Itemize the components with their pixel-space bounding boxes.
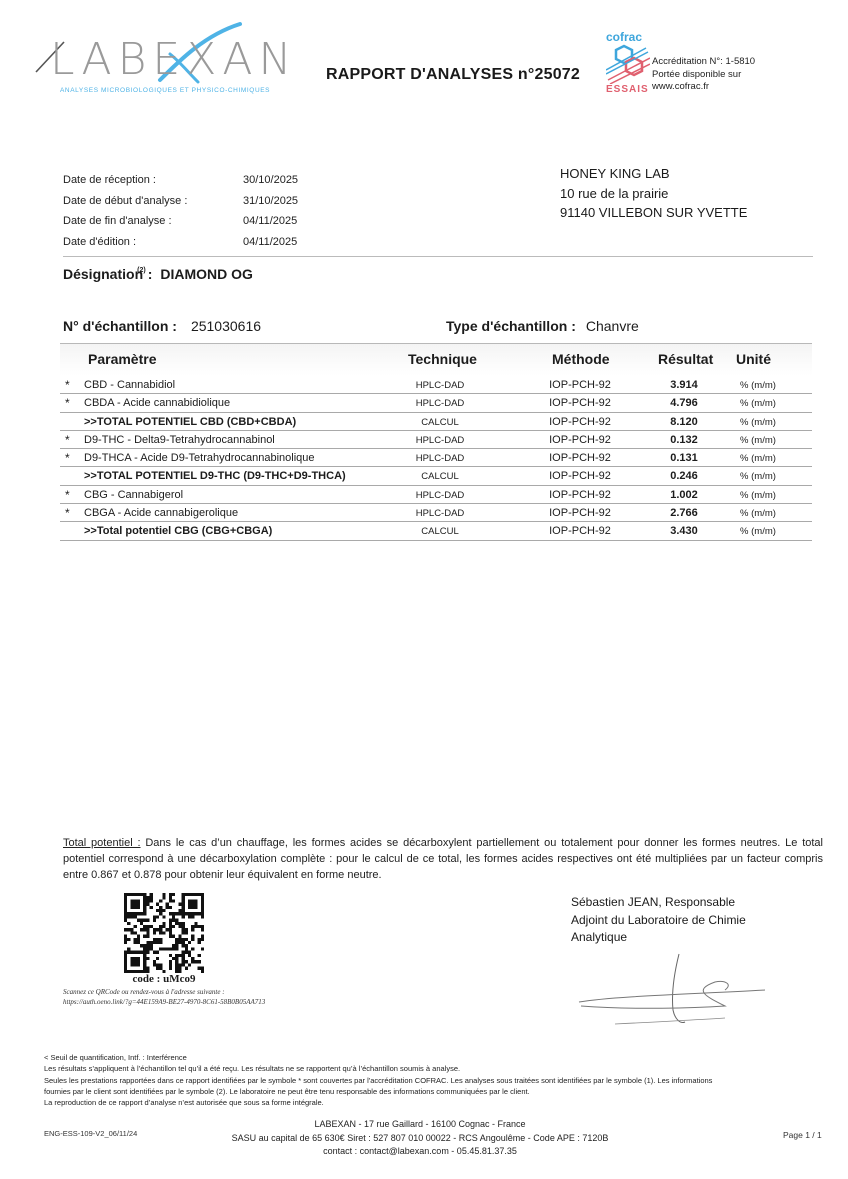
- cell-technique: CALCUL: [390, 417, 490, 428]
- cell-unit: % (m/m): [730, 471, 786, 482]
- qr-instruction-text: Scannez ce QRCode ou rendez-vous à l'adr…: [63, 987, 265, 997]
- cofrac-logo: cofrac ESSAIS: [606, 30, 650, 96]
- disclaimer-line: fournies par le client sont identifiées …: [44, 1086, 712, 1097]
- hexagon-molecule-icon: [606, 44, 650, 84]
- labexan-logo: LABEXAN Analyses microbiologiques et phy…: [30, 20, 280, 100]
- cell-unit: % (m/m): [730, 398, 786, 409]
- report-title: RAPPORT D'ANALYSES n°25072: [326, 66, 580, 84]
- date-label: Date d'édition :: [63, 232, 243, 253]
- qr-code-label: code : uMco9: [124, 973, 204, 985]
- date-value: 31/10/2025: [243, 191, 298, 212]
- cell-technique: HPLC-DAD: [390, 398, 490, 409]
- cell-unit: % (m/m): [730, 490, 786, 501]
- cofrac-brand: cofrac: [606, 30, 642, 44]
- designation: Désignation(2):DIAMOND OG: [63, 266, 253, 282]
- note-text: Dans le cas d’un chauffage, les formes a…: [63, 837, 823, 881]
- disclaimer-line: La reproduction de ce rapport d’analyse …: [44, 1097, 712, 1108]
- date-value: 04/11/2025: [243, 211, 297, 232]
- table-row: *CBDA - Acide cannabidioliqueHPLC-DADIOP…: [60, 394, 812, 412]
- cell-method: IOP-PCH-92: [530, 397, 630, 409]
- cell-method: IOP-PCH-92: [530, 470, 630, 482]
- asterisk-icon: *: [65, 506, 70, 520]
- cell-parameter: CBGA - Acide cannabigerolique: [84, 507, 238, 519]
- table-body: *CBD - CannabidiolHPLC-DADIOP-PCH-923.91…: [60, 376, 812, 541]
- note-title: Total potentiel :: [63, 837, 141, 849]
- disclaimer-line: < Seuil de quantification, Intf. : Inter…: [44, 1052, 712, 1063]
- date-label: Date de réception :: [63, 170, 243, 191]
- cell-method: IOP-PCH-92: [530, 525, 630, 537]
- cell-technique: CALCUL: [390, 471, 490, 482]
- cell-unit: % (m/m): [730, 453, 786, 464]
- disclaimer-line: Les résultats s’appliquent à l’échantill…: [44, 1063, 712, 1074]
- date-row: Date de début d'analyse :31/10/2025: [63, 191, 298, 212]
- cell-result: 3.914: [654, 379, 714, 391]
- logo-tagline: Analyses microbiologiques et physico-chi…: [60, 87, 270, 94]
- table-row: >>Total potentiel CBG (CBG+CBGA)CALCULIO…: [60, 522, 812, 540]
- table-row: *CBD - CannabidiolHPLC-DADIOP-PCH-923.91…: [60, 376, 812, 394]
- table-row: *CBG - CannabigerolHPLC-DADIOP-PCH-921.0…: [60, 486, 812, 504]
- cell-parameter: CBDA - Acide cannabidiolique: [84, 397, 230, 409]
- header-result: Résultat: [658, 351, 713, 367]
- cofrac-essais-label: ESSAIS: [606, 84, 649, 95]
- designation-superscript: (2): [137, 267, 146, 274]
- cell-unit: % (m/m): [730, 508, 786, 519]
- logo-wordmark: LABEXAN: [50, 34, 297, 85]
- asterisk-icon: *: [65, 451, 70, 465]
- company-contact: contact : contact@labexan.com - 05.45.81…: [200, 1145, 640, 1159]
- asterisk-icon: *: [65, 396, 70, 410]
- accreditation-number: Accréditation N°: 1-5810: [652, 56, 755, 69]
- cell-parameter: CBG - Cannabigerol: [84, 489, 183, 501]
- date-label: Date de fin d'analyse :: [63, 211, 243, 232]
- cell-result: 0.131: [654, 452, 714, 464]
- signatory-line: Sébastien JEAN, Responsable: [571, 894, 746, 912]
- qr-url[interactable]: https://auth.oeno.link/?g=44E159A9-BE27-…: [63, 997, 265, 1007]
- cell-result: 0.132: [654, 434, 714, 446]
- table-row: >>TOTAL POTENTIEL D9-THC (D9-THC+D9-THCA…: [60, 467, 812, 485]
- total-potential-note: Total potentiel : Dans le cas d’un chauf…: [63, 835, 823, 883]
- company-registration: SASU au capital de 65 630€ Siret : 527 8…: [200, 1132, 640, 1146]
- client-city: 91140 VILLEBON SUR YVETTE: [560, 203, 747, 223]
- header-technique: Technique: [408, 351, 477, 367]
- company-address: LABEXAN - 17 rue Gaillard - 16100 Cognac…: [200, 1118, 640, 1132]
- cell-technique: HPLC-DAD: [390, 435, 490, 446]
- table-row: *D9-THCA - Acide D9-Tetrahydrocannabinol…: [60, 449, 812, 467]
- cell-method: IOP-PCH-92: [530, 452, 630, 464]
- header-parameter: Paramètre: [88, 351, 157, 367]
- disclaimer: < Seuil de quantification, Intf. : Inter…: [44, 1052, 712, 1108]
- client-name: HONEY KING LAB: [560, 164, 747, 184]
- designation-label: Désignation: [63, 266, 143, 282]
- date-row: Date de fin d'analyse :04/11/2025: [63, 211, 298, 232]
- client-address: HONEY KING LAB 10 rue de la prairie 9114…: [560, 164, 747, 223]
- header-unit: Unité: [736, 351, 771, 367]
- table-header: Paramètre Technique Méthode Résultat Uni…: [60, 343, 812, 376]
- cell-parameter: CBD - Cannabidiol: [84, 379, 175, 391]
- cell-parameter: >>TOTAL POTENTIEL CBD (CBD+CBDA): [84, 416, 296, 428]
- dates-block: Date de réception :30/10/2025 Date de dé…: [63, 170, 298, 252]
- cell-parameter: >>TOTAL POTENTIEL D9-THC (D9-THC+D9-THCA…: [84, 470, 346, 482]
- designation-value: DIAMOND OG: [160, 266, 253, 282]
- qr-code-icon: [124, 893, 204, 973]
- asterisk-icon: *: [65, 433, 70, 447]
- date-row: Date d'édition :04/11/2025: [63, 232, 298, 253]
- cell-unit: % (m/m): [730, 380, 786, 391]
- table-row: *D9-THC - Delta9-TetrahydrocannabinolHPL…: [60, 431, 812, 449]
- accreditation-info: Accréditation N°: 1-5810 Portée disponib…: [652, 56, 755, 94]
- client-street: 10 rue de la prairie: [560, 184, 747, 204]
- disclaimer-line: Seules les prestations rapportées dans c…: [44, 1075, 712, 1086]
- cell-result: 0.246: [654, 470, 714, 482]
- cell-unit: % (m/m): [730, 417, 786, 428]
- signatory: Sébastien JEAN, Responsable Adjoint du L…: [571, 894, 746, 947]
- asterisk-icon: *: [65, 378, 70, 392]
- cell-method: IOP-PCH-92: [530, 507, 630, 519]
- cell-technique: HPLC-DAD: [390, 490, 490, 501]
- divider: [63, 256, 813, 257]
- accreditation-scope: Portée disponible sur: [652, 69, 755, 82]
- cell-unit: % (m/m): [730, 526, 786, 537]
- cell-result: 2.766: [654, 507, 714, 519]
- cell-result: 3.430: [654, 525, 714, 537]
- document-reference: ENG-ESS-109-V2_06/11/24: [44, 1129, 137, 1138]
- date-label: Date de début d'analyse :: [63, 191, 243, 212]
- header-method: Méthode: [552, 351, 610, 367]
- cell-parameter: D9-THC - Delta9-Tetrahydrocannabinol: [84, 434, 275, 446]
- cell-parameter: D9-THCA - Acide D9-Tetrahydrocannabinoli…: [84, 452, 315, 464]
- cell-method: IOP-PCH-92: [530, 489, 630, 501]
- cell-unit: % (m/m): [730, 435, 786, 446]
- cell-technique: HPLC-DAD: [390, 453, 490, 464]
- page-number: Page 1 / 1: [783, 1130, 822, 1140]
- designation-separator: :: [148, 266, 153, 282]
- sample-number: N° d'échantillon :251030616: [63, 318, 261, 334]
- sample-number-value: 251030616: [191, 318, 261, 334]
- cell-result: 4.796: [654, 397, 714, 409]
- sample-number-label: N° d'échantillon :: [63, 318, 177, 334]
- signatory-line: Adjoint du Laboratoire de Chimie: [571, 912, 746, 930]
- cell-method: IOP-PCH-92: [530, 416, 630, 428]
- table-row: *CBGA - Acide cannabigeroliqueHPLC-DADIO…: [60, 504, 812, 522]
- company-info: LABEXAN - 17 rue Gaillard - 16100 Cognac…: [200, 1118, 640, 1159]
- date-value: 30/10/2025: [243, 170, 298, 191]
- cell-parameter: >>Total potentiel CBG (CBG+CBGA): [84, 525, 272, 537]
- cell-method: IOP-PCH-92: [530, 434, 630, 446]
- sample-type-label: Type d'échantillon :: [446, 318, 576, 334]
- asterisk-icon: *: [65, 488, 70, 502]
- qr-instructions: Scannez ce QRCode ou rendez-vous à l'adr…: [63, 987, 265, 1007]
- cofrac-website: www.cofrac.fr: [652, 81, 755, 94]
- date-value: 04/11/2025: [243, 232, 297, 253]
- sample-type-value: Chanvre: [586, 318, 639, 334]
- results-table: Paramètre Technique Méthode Résultat Uni…: [60, 343, 812, 541]
- cell-technique: CALCUL: [390, 526, 490, 537]
- cell-result: 8.120: [654, 416, 714, 428]
- cell-technique: HPLC-DAD: [390, 380, 490, 391]
- signature-icon: [575, 950, 775, 1030]
- cell-technique: HPLC-DAD: [390, 508, 490, 519]
- cell-result: 1.002: [654, 489, 714, 501]
- cell-method: IOP-PCH-92: [530, 379, 630, 391]
- sample-type: Type d'échantillon :Chanvre: [446, 318, 639, 334]
- date-row: Date de réception :30/10/2025: [63, 170, 298, 191]
- signatory-line: Analytique: [571, 929, 746, 947]
- table-row: >>TOTAL POTENTIEL CBD (CBD+CBDA)CALCULIO…: [60, 413, 812, 431]
